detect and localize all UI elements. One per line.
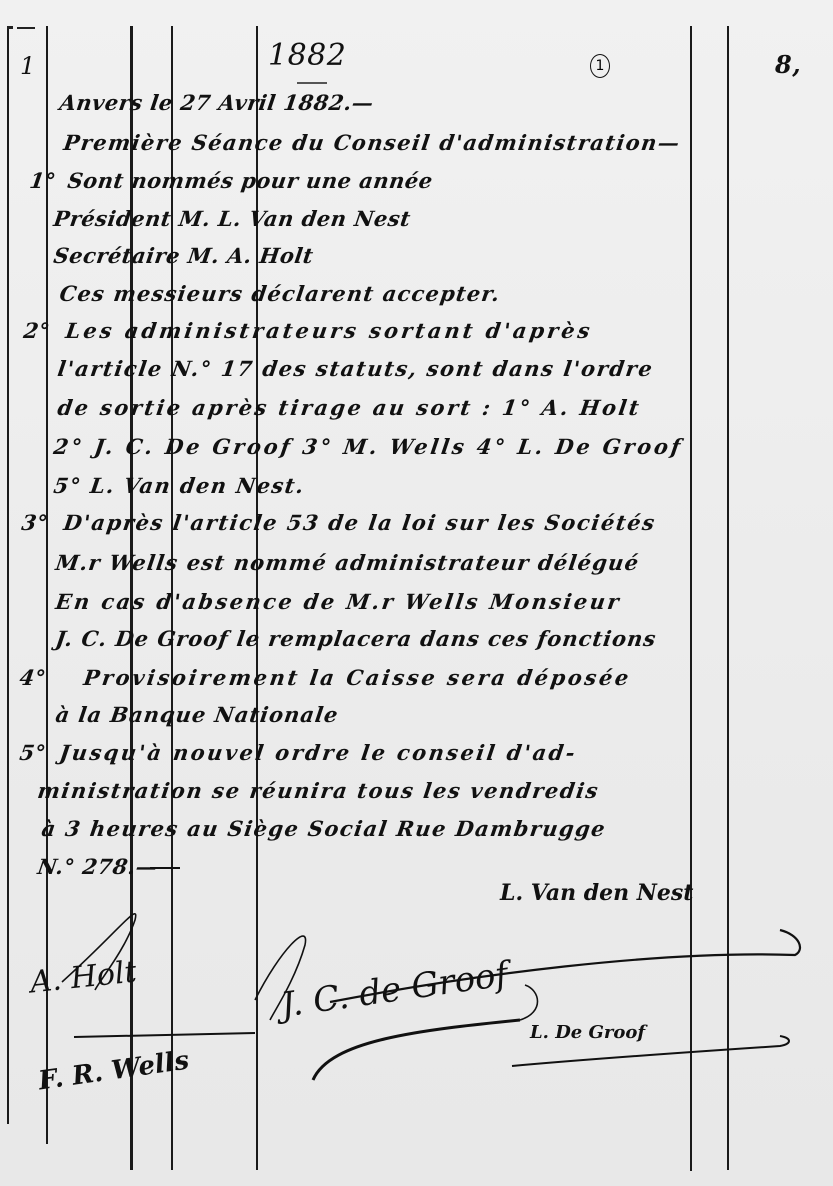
item-4-marker: 4° [18, 665, 48, 690]
item-3-marker: 3° [20, 510, 50, 535]
year-underline [297, 82, 327, 84]
item-2-line: Les administrateurs sortant d'après [64, 318, 594, 343]
item-3-line-b: M.r Wells est nommé administrateur délég… [54, 550, 641, 575]
date-line: Anvers le 27 Avril 1882.— [58, 90, 375, 115]
signature-wells: F. R. Wells [37, 1046, 191, 1097]
signature-de-groof-l: L. De Groof [530, 1022, 645, 1043]
circled-number: 1 [590, 54, 610, 78]
item-1-line: Sont nommés pour une année [66, 168, 435, 193]
folio-number: 8, [775, 50, 801, 79]
item-4-line-b: à la Banque Nationale [54, 702, 340, 727]
president-line: Président M. L. Van den Nest [52, 206, 412, 231]
signature-de-groof-jc: J. C. de Groof [278, 954, 510, 1025]
item-2-line-b: l'article N.° 17 des statuts, sont dans … [56, 356, 655, 381]
item-4-line: Provisoirement la Caisse sera déposée [82, 665, 633, 690]
item-2-line-e: 5° L. Van den Nest. [52, 473, 306, 498]
ledger-page: 1 1882 1 8, Anvers le 27 Avril 1882.— Pr… [0, 0, 833, 1186]
title-line: Première Séance du Conseil d'administrat… [62, 130, 682, 155]
top-left-dash [17, 27, 35, 29]
item-3-line: D'après l'article 53 de la loi sur les S… [62, 510, 658, 535]
signature-holt: A. Holt [28, 955, 138, 1001]
page-number-left: 1 [20, 52, 36, 80]
right-column-rule-2 [727, 26, 729, 1170]
secretary-line: Secrétaire M. A. Holt [52, 243, 315, 268]
item-5-line-b: ministration se réunira tous les vendred… [36, 778, 601, 803]
top-left-bracket-tick [7, 26, 13, 29]
item-3-line-c: En cas d'absence de M.r Wells Monsieur [54, 589, 623, 614]
signature-van-den-nest: L. Van den Nest [500, 880, 693, 906]
item-5-line-d: N.° 278.— [36, 854, 159, 879]
year-heading: 1882 [268, 38, 346, 73]
left-margin-rule [7, 26, 9, 1124]
item-3-line-d: J. C. De Groof le remplacera dans ces fo… [54, 626, 658, 651]
item-2-line-d: 2° J. C. De Groof 3° M. Wells 4° L. De G… [52, 434, 685, 459]
item-5-marker: 5° [18, 740, 48, 765]
item-5-line: Jusqu'à nouvel ordre le conseil d'ad- [58, 740, 579, 765]
right-column-rule-1 [690, 26, 692, 1171]
item-2-line-c: de sortie après tirage au sort : 1° A. H… [56, 395, 643, 420]
accept-line: Ces messieurs déclarent accepter. [58, 281, 502, 306]
item-2-marker: 2° [22, 318, 52, 343]
item-5-line-c: à 3 heures au Siège Social Rue Dambrugge [40, 816, 608, 841]
item-1-marker: 1° [28, 168, 58, 193]
